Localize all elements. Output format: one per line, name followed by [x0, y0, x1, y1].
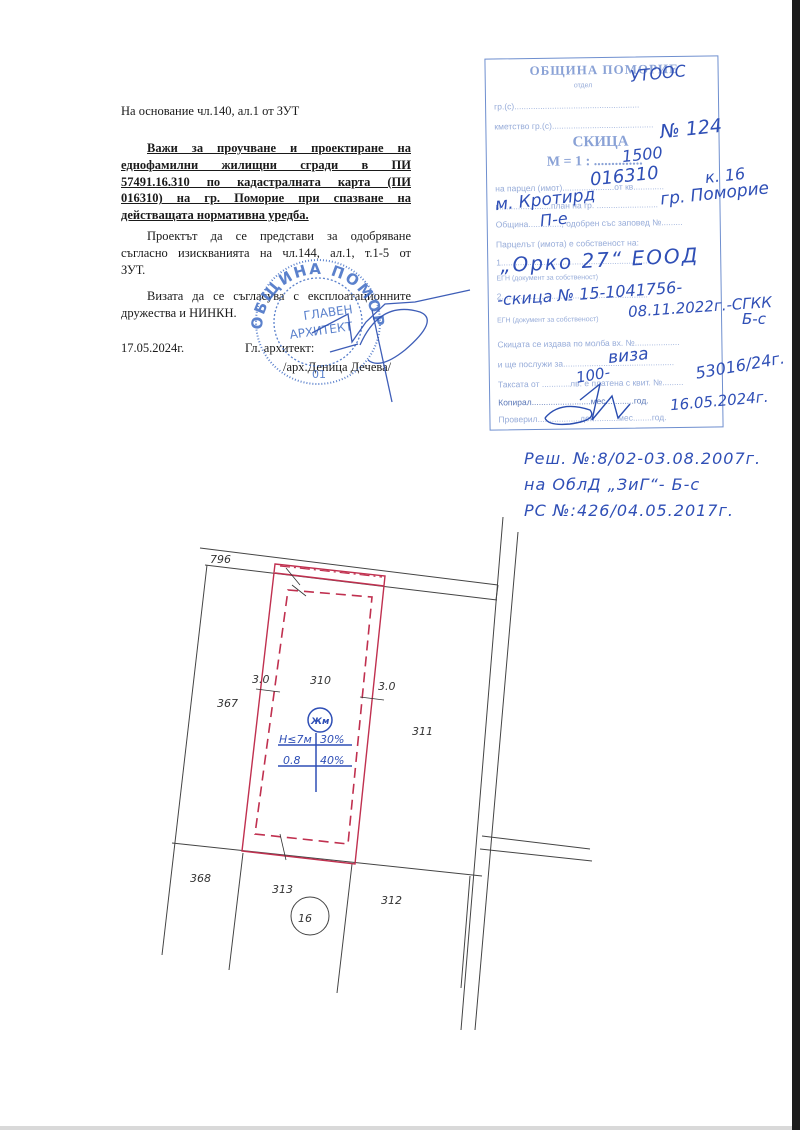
parcel-label: 367: [217, 697, 238, 710]
zone-height: H≤7м: [279, 733, 312, 746]
plot-310-boundary: [242, 564, 385, 864]
parcel-label: 312: [381, 894, 402, 907]
parcel-label: 310: [310, 674, 331, 687]
street-edge: [200, 548, 498, 585]
parcel-label: 313: [272, 883, 293, 896]
cadastral-plan: Жм H≤7м 30% 0.8 40% 796 310 367 311 368 …: [0, 0, 800, 1130]
setback-label: 3.0: [252, 673, 270, 686]
parcel-label: 311: [412, 725, 433, 738]
parcel-label: 368: [190, 872, 211, 885]
zone-density: 30%: [320, 733, 344, 746]
zone-greenery: 40%: [320, 754, 344, 767]
zone-type: Жм: [310, 717, 330, 727]
parcel-label: 796: [210, 553, 231, 566]
quarter-number: 16: [298, 912, 312, 925]
setback-label: 3.0: [378, 680, 396, 693]
zone-kint: 0.8: [283, 754, 301, 767]
